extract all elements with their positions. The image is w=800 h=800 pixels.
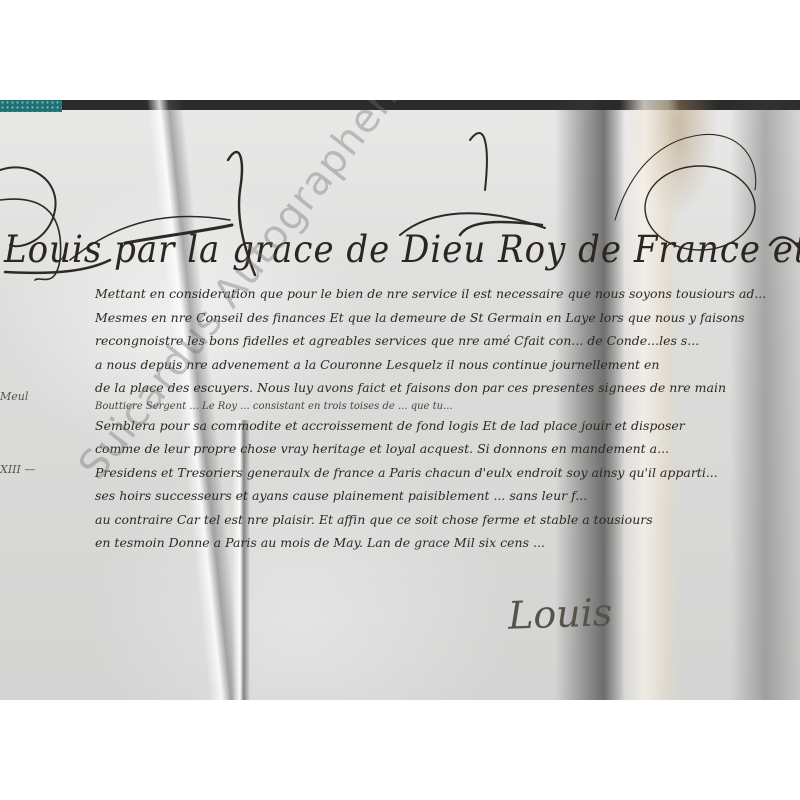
body-line: comme de leur propre chose vray heritage… [95,437,800,461]
water-stain [628,100,718,220]
body-line: Presidens et Tresoriers generaulx de fra… [95,461,800,485]
body-line: Semblera pour sa commodite et accroissem… [95,414,800,438]
body-line-interlinear: Bouttiere Sergent ... Le Roy ... consist… [95,400,800,414]
margin-note: Meul [0,390,28,403]
royal-signature: Louis [507,590,613,638]
document-photo: Louis par la grace de Dieu Roy de France… [0,100,800,700]
background-cloth [0,100,62,112]
document-heading: Louis par la grace de Dieu Roy de France… [4,228,800,272]
body-line: au contraire Car tel est nre plaisir. Et… [95,508,800,532]
margin-note-regnal: XIII — [0,463,35,476]
body-line: en tesmoin Donne a Paris au mois de May.… [95,531,800,555]
body-line: ses hoirs successeurs et ayans cause pla… [95,484,800,508]
body-line: de la place des escuyers. Nous luy avons… [95,376,800,400]
